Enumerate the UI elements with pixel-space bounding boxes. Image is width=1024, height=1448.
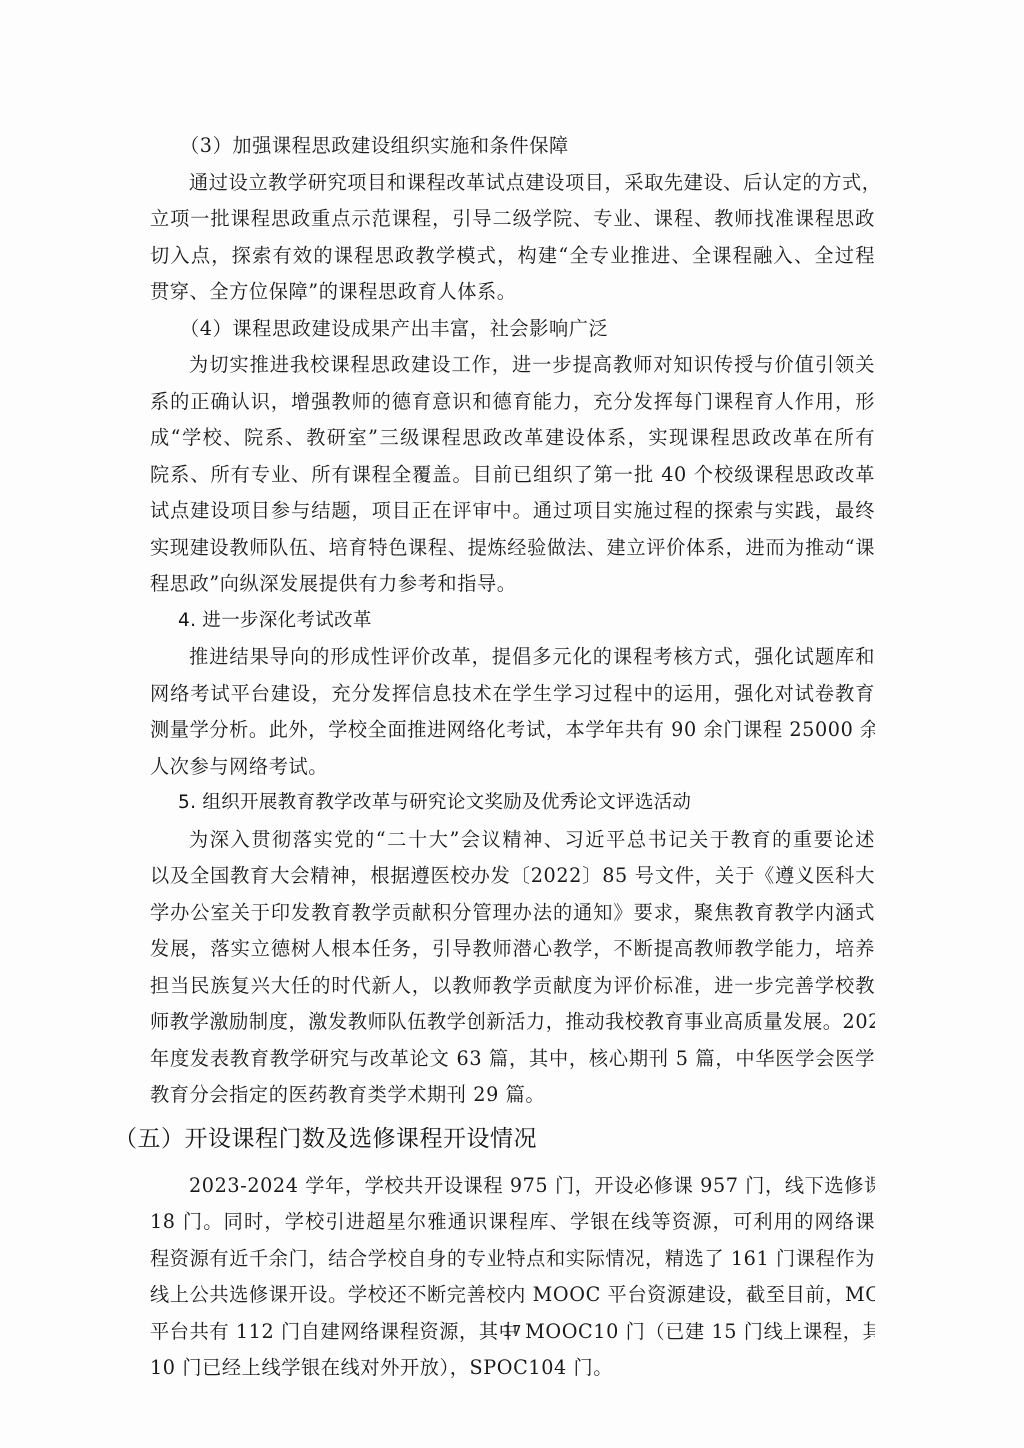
paragraph-line: 教育分会指定的医药教育类学术期刊 29 篇。 bbox=[150, 1077, 875, 1114]
paragraph-exam-reform: 推进结果导向的形成性评价改革，提倡多元化的课程考核方式，强化试题库和 网络考试平… bbox=[150, 639, 875, 785]
page-number: 17 bbox=[0, 1322, 1024, 1340]
paragraph-line: 程思政”向纵深发展提供有力参考和指导。 bbox=[150, 566, 875, 603]
paragraph-line: 线上公共选修课开设。学校还不断完善校内 MOOC 平台资源建设，截至目前，MOO… bbox=[150, 1277, 875, 1314]
paragraph-line: 发展，落实立德树人根本任务，引导教师潜心教学，不断提高教师教学能力，培养 bbox=[150, 931, 875, 968]
paragraph-line: 程资源有近千余门，结合学校自身的专业特点和实际情况，精选了 161 门课程作为 bbox=[150, 1241, 875, 1278]
paragraph-line: 立项一批课程思政重点示范课程，引导二级学院、专业、课程、教师找准课程思政 bbox=[150, 201, 875, 238]
paragraph-course-ideology-implementation: 通过设立教学研究项目和课程改革试点建设项目，采取先建设、后认定的方式， 立项一批… bbox=[150, 165, 875, 311]
paragraph-line: 切入点，探索有效的课程思政教学模式，构建“全专业推进、全课程融入、全过程 bbox=[150, 238, 875, 275]
paragraph-line: 学办公室关于印发教育教学贡献积分管理办法的通知》要求，聚焦教育教学内涵式 bbox=[150, 895, 875, 932]
paragraph-line: 师教学激励制度，激发教师队伍教学创新活力，推动我校教育事业高质量发展。2023 bbox=[150, 1004, 875, 1041]
heading-paper-awards: 5. 组织开展教育教学改革与研究论文奖励及优秀论文评选活动 bbox=[150, 785, 875, 822]
paragraph-line: 成“学校、院系、教研室”三级课程思政改革建设体系，实现课程思政改革在所有 bbox=[150, 420, 875, 457]
paragraph-line: 为深入贯彻落实党的“二十大”会议精神、习近平总书记关于教育的重要论述 bbox=[150, 822, 875, 859]
paragraph-line: 18 门。同时，学校引进超星尔雅通识课程库、学银在线等资源，可利用的网络课 bbox=[150, 1204, 875, 1241]
paragraph-line: 实现建设教师队伍、培育特色课程、提炼经验做法、建立评价体系，进而为推动“课 bbox=[150, 530, 875, 567]
paragraph-line: 院系、所有专业、所有课程全覆盖。目前已组织了第一批 40 个校级课程思政改革 bbox=[150, 457, 875, 494]
paragraph-line: 通过设立教学研究项目和课程改革试点建设项目，采取先建设、后认定的方式， bbox=[150, 165, 875, 202]
paragraph-line: 以及全国教育大会精神，根据遵医校办发〔2022〕85 号文件，关于《遵义医科大 bbox=[150, 858, 875, 895]
paragraph-paper-awards: 为深入贯彻落实党的“二十大”会议精神、习近平总书记关于教育的重要论述 以及全国教… bbox=[150, 822, 875, 1114]
paragraph-line: 系的正确认识，增强教师的德育意识和德育能力，充分发挥每门课程育人作用，形 bbox=[150, 384, 875, 421]
section-heading-courses-offered: （五）开设课程门数及选修课程开设情况 bbox=[114, 1118, 875, 1160]
paragraph-line: 网络考试平台建设，充分发挥信息技术在学生学习过程中的运用，强化对试卷教育 bbox=[150, 676, 875, 713]
paragraph-line: 年度发表教育教学研究与改革论文 63 篇，其中，核心期刊 5 篇，中华医学会医学 bbox=[150, 1041, 875, 1078]
paragraph-line: 担当民族复兴大任的时代新人，以教师教学贡献度为评价标准，进一步完善学校教 bbox=[150, 968, 875, 1005]
paragraph-line: 测量学分析。此外，学校全面推进网络化考试，本学年共有 90 余门课程 25000… bbox=[150, 712, 875, 749]
paragraph-line: 10 门已经上线学银在线对外开放），SPOC104 门。 bbox=[150, 1350, 875, 1387]
paragraph-line: 试点建设项目参与结题，项目正在评审中。通过项目实施过程的探索与实践，最终 bbox=[150, 493, 875, 530]
document-page: （3）加强课程思政建设组织实施和条件保障 通过设立教学研究项目和课程改革试点建设… bbox=[0, 0, 1024, 1448]
paragraph-line: 为切实推进我校课程思政建设工作，进一步提高教师对知识传授与价值引领关 bbox=[150, 347, 875, 384]
subsection-title-3: （3）加强课程思政建设组织实施和条件保障 bbox=[150, 128, 875, 165]
paragraph-line: 贯穿、全方位保障”的课程思政育人体系。 bbox=[150, 274, 875, 311]
paragraph-courses-offered: 2023-2024 学年，学校共开设课程 975 门，开设必修课 957 门，线… bbox=[150, 1168, 875, 1387]
subsection-title-4: （4）课程思政建设成果产出丰富，社会影响广泛 bbox=[150, 311, 875, 348]
paragraph-line: 人次参与网络考试。 bbox=[150, 749, 875, 786]
page-body: （3）加强课程思政建设组织实施和条件保障 通过设立教学研究项目和课程改革试点建设… bbox=[150, 128, 875, 1387]
paragraph-line: 推进结果导向的形成性评价改革，提倡多元化的课程考核方式，强化试题库和 bbox=[150, 639, 875, 676]
heading-exam-reform: 4. 进一步深化考试改革 bbox=[150, 603, 875, 640]
paragraph-course-ideology-results: 为切实推进我校课程思政建设工作，进一步提高教师对知识传授与价值引领关 系的正确认… bbox=[150, 347, 875, 603]
paragraph-line: 2023-2024 学年，学校共开设课程 975 门，开设必修课 957 门，线… bbox=[150, 1168, 875, 1205]
